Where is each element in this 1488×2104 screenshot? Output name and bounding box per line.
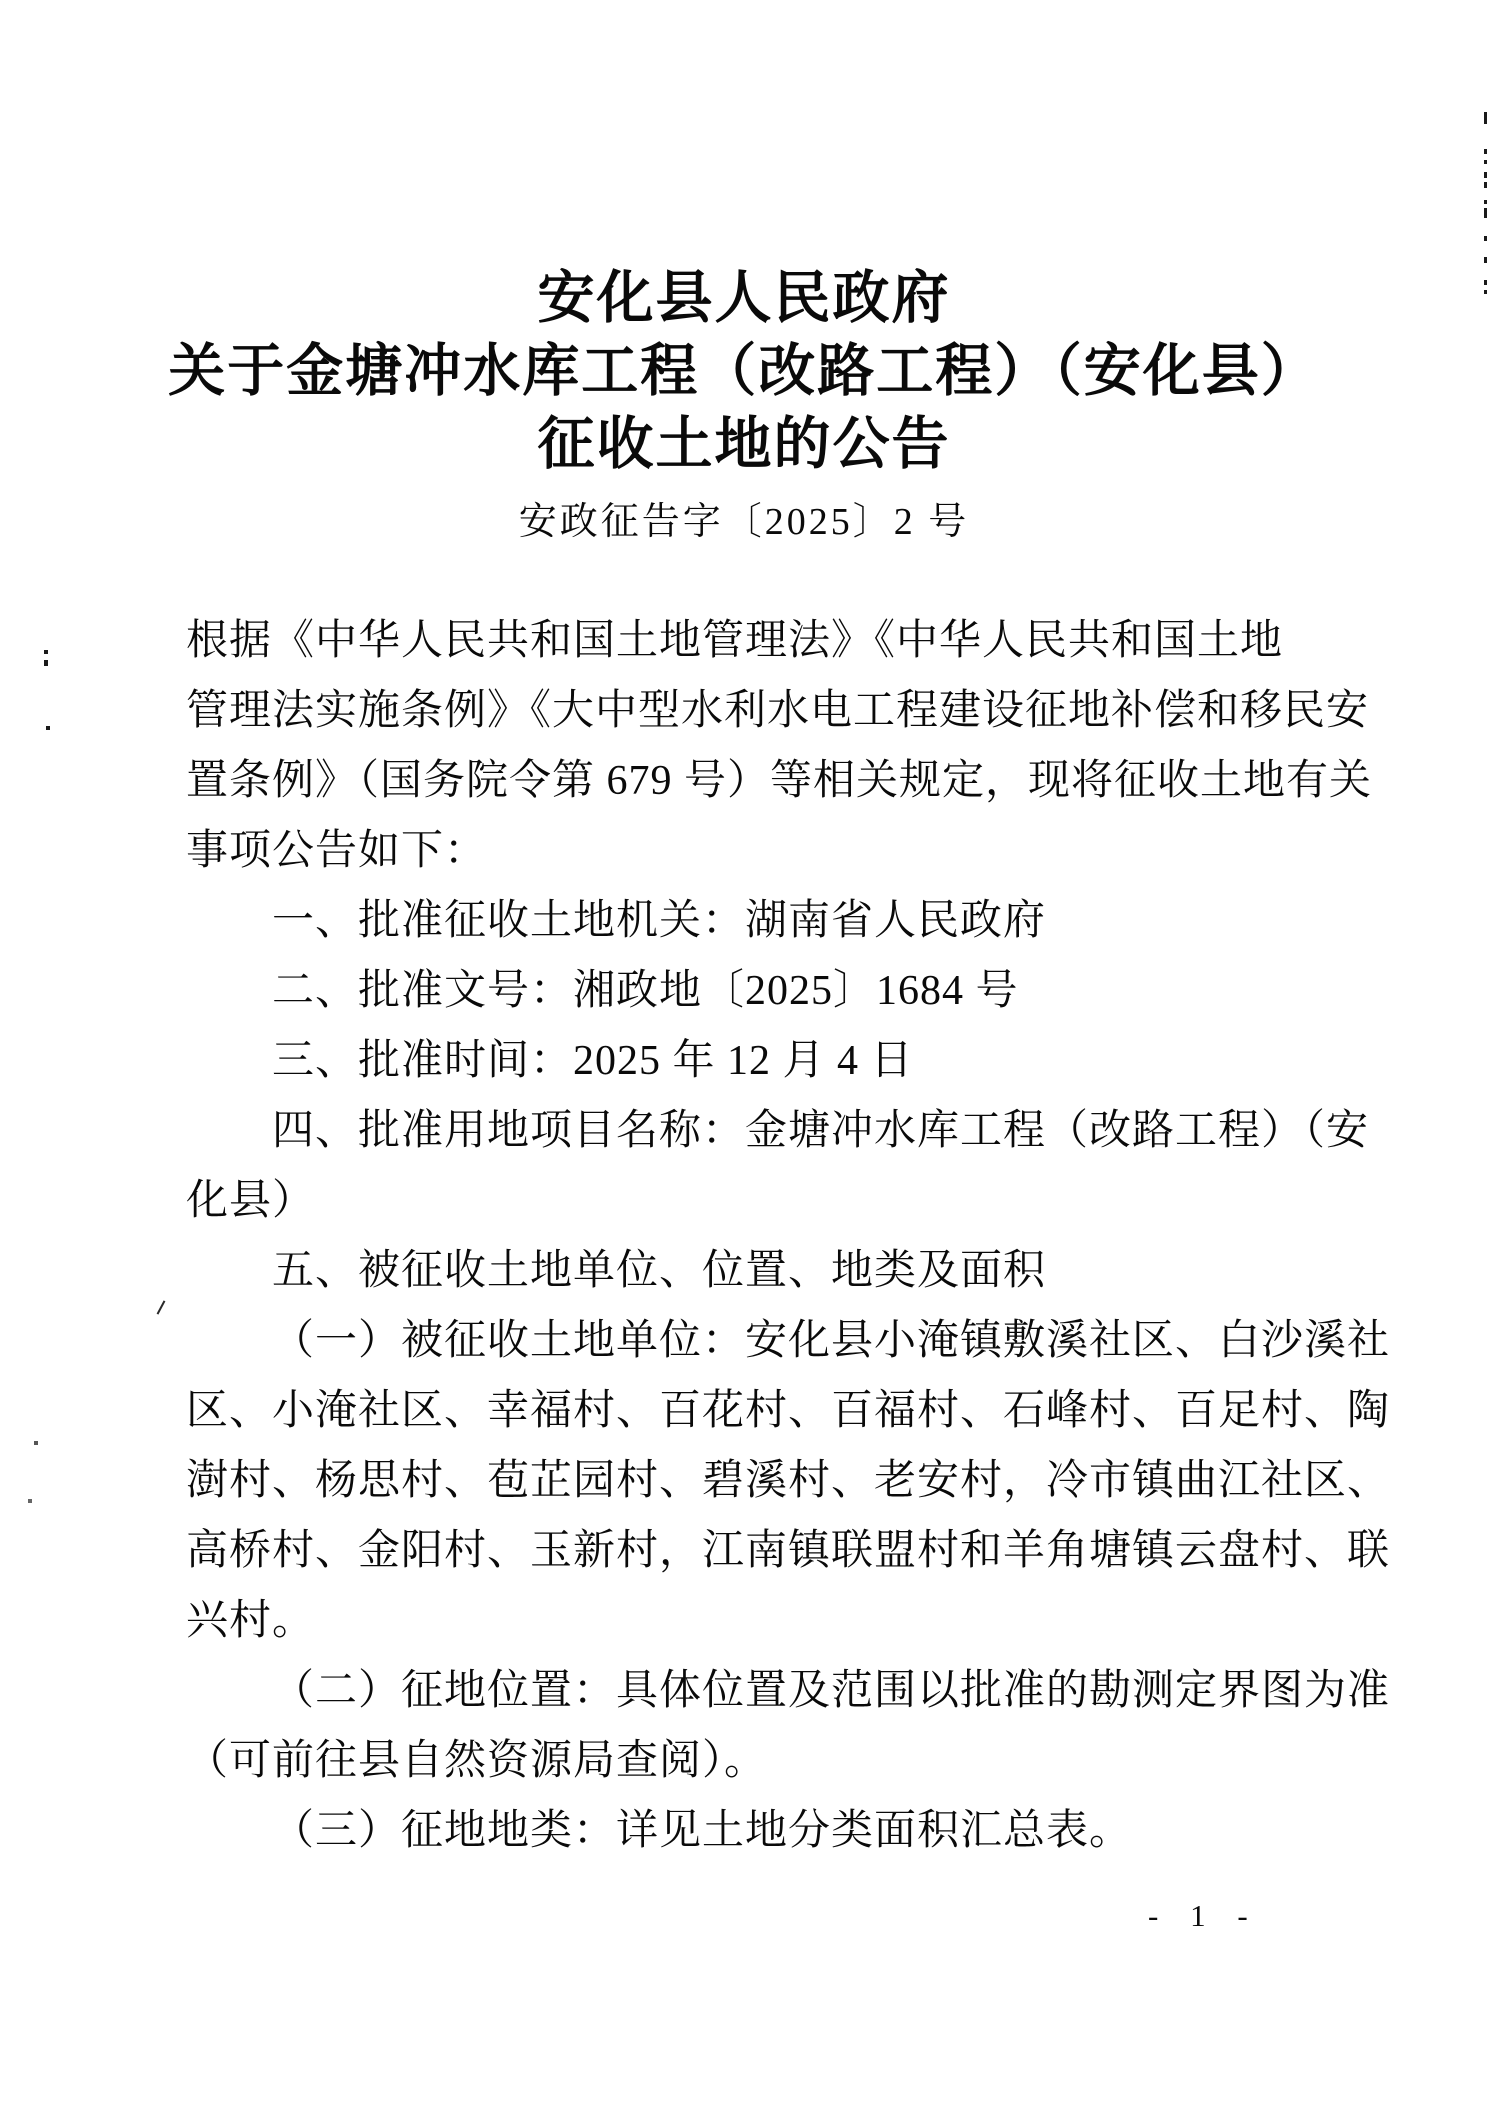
title-line-1: 安化县人民政府 — [0, 262, 1488, 335]
body-line: （可前往县自然资源局查阅）。 — [186, 1726, 1308, 1796]
body-line: 区、小淹社区、幸福村、百花村、百福村、石峰村、百足村、陶 — [186, 1376, 1308, 1446]
body-line: 澍村、杨思村、苞芷园村、碧溪村、老安村，冷市镇曲江社区、 — [186, 1446, 1308, 1516]
scan-artifact — [1484, 200, 1487, 204]
title-line-2: 关于金塘冲水库工程（改路工程）（安化县） — [0, 335, 1488, 408]
scan-artifact — [44, 660, 48, 666]
title-line-3: 征收土地的公告 — [0, 408, 1488, 481]
body-line: 高桥村、金阳村、玉新村，江南镇联盟村和羊角塘镇云盘村、联 — [186, 1516, 1308, 1586]
document-title: 安化县人民政府 关于金塘冲水库工程（改路工程）（安化县） 征收土地的公告 — [0, 262, 1488, 481]
scan-artifact — [1484, 172, 1487, 178]
body-line: （二）征地位置：具体位置及范围以批准的勘测定界图为准 — [186, 1656, 1308, 1726]
scan-artifact — [46, 726, 50, 730]
scan-artifact — [1484, 208, 1487, 218]
document-body: 根据《中华人民共和国土地管理法》《中华人民共和国土地 管理法实施条例》《大中型水… — [186, 606, 1308, 1866]
body-line: 事项公告如下： — [186, 816, 1308, 886]
body-line: 三、批准时间：2025 年 12 月 4 日 — [186, 1026, 1308, 1096]
body-line: （一）被征收土地单位：安化县小淹镇敷溪社区、白沙溪社 — [186, 1306, 1308, 1376]
scan-artifact — [1484, 160, 1487, 164]
scan-artifact — [34, 1441, 38, 1445]
body-line: 二、批准文号：湘政地〔2025〕1684 号 — [186, 956, 1308, 1026]
body-line: 一、批准征收土地机关：湖南省人民政府 — [186, 886, 1308, 956]
document-page: 安化县人民政府 关于金塘冲水库工程（改路工程）（安化县） 征收土地的公告 安政征… — [0, 0, 1488, 2104]
body-line: （三）征地地类：详见土地分类面积汇总表。 — [186, 1796, 1308, 1866]
scan-artifact — [1484, 182, 1487, 188]
scan-artifact — [1484, 257, 1487, 263]
body-line: 置条例》（国务院令第 679 号）等相关规定，现将征收土地有关 — [186, 746, 1308, 816]
body-line: 根据《中华人民共和国土地管理法》《中华人民共和国土地 — [186, 606, 1308, 676]
body-line: 化县） — [186, 1166, 1308, 1236]
scan-artifact — [1484, 290, 1487, 294]
scan-artifact — [1484, 280, 1487, 285]
body-line: 四、批准用地项目名称：金塘冲水库工程（改路工程）（安 — [186, 1096, 1308, 1166]
scan-artifact — [1484, 112, 1487, 124]
page-number: - 1 - — [1148, 1898, 1260, 1934]
document-number: 安政征告字〔2025〕2 号 — [0, 498, 1488, 546]
body-line: 兴村。 — [186, 1586, 1308, 1656]
scan-artifact — [157, 1300, 166, 1314]
scan-artifact — [1484, 149, 1487, 154]
body-line: 管理法实施条例》《大中型水利水电工程建设征地补偿和移民安 — [186, 676, 1308, 746]
scan-artifact — [28, 1499, 32, 1503]
body-line: 五、被征收土地单位、位置、地类及面积 — [186, 1236, 1308, 1306]
scan-artifact — [44, 650, 48, 654]
scan-artifact — [1484, 236, 1487, 241]
